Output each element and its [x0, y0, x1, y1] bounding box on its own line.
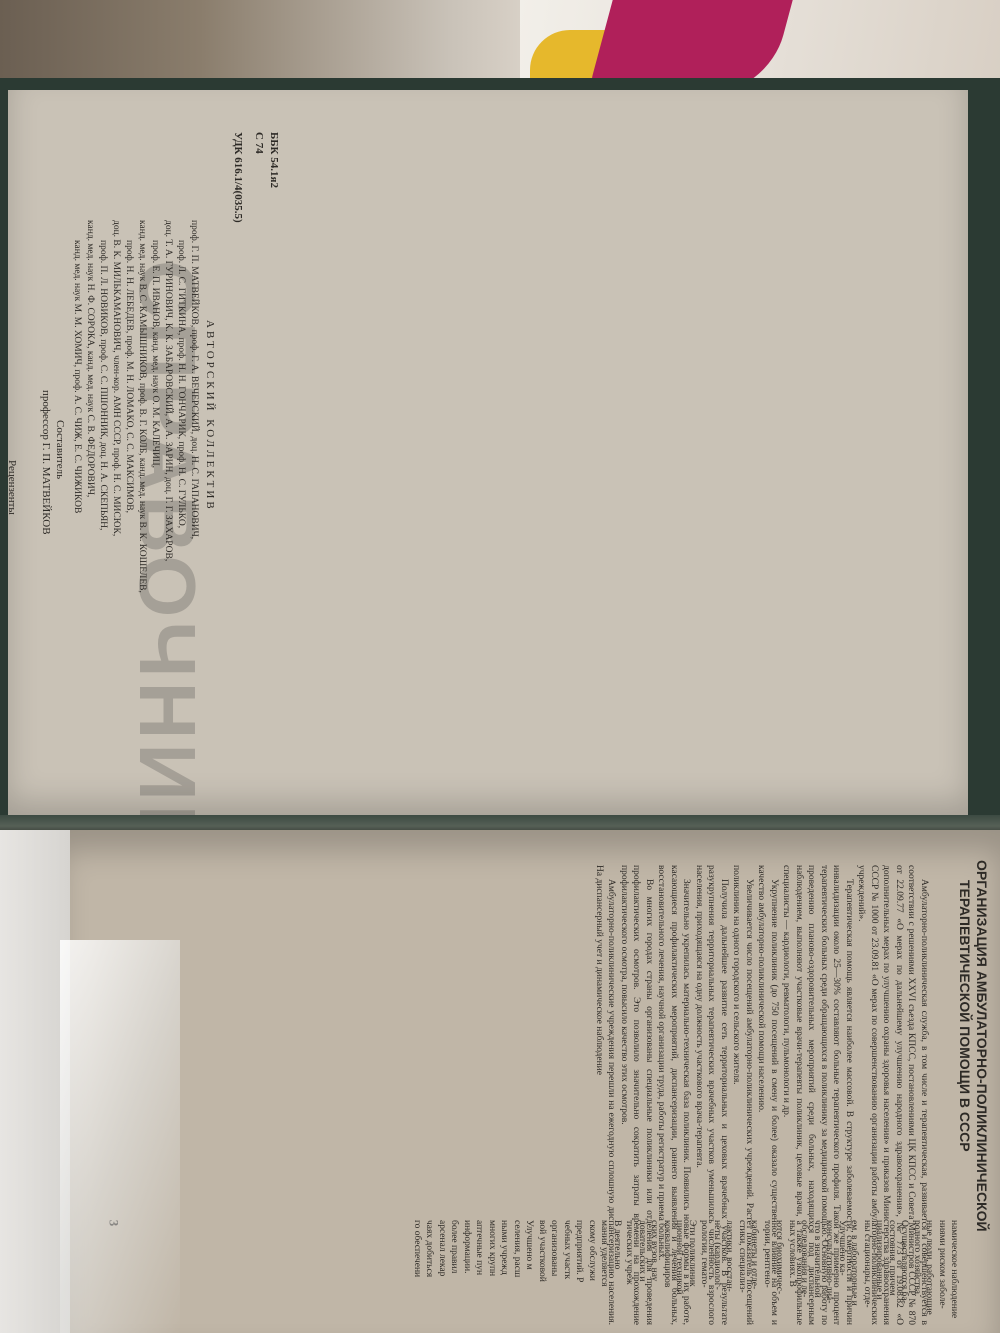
- body-line-fragment: стики, специализ-: [735, 1220, 748, 1293]
- body-line-fragment: Улучшено ка-: [835, 1220, 848, 1276]
- author-line: проф. Н. Н. ЛЕБЕДЕВ, проф. М. Н. ЛОМАКО,…: [123, 240, 136, 513]
- body-line-fragment: рологии, гемато-: [698, 1220, 711, 1288]
- cutter-code: С 74: [252, 132, 265, 154]
- body-line-fragment: Эти поликлиник: [685, 1220, 698, 1287]
- body-line-fragment: состояния, причем: [885, 1220, 898, 1296]
- bbk-code: ББК 54.1я2: [267, 132, 280, 188]
- body-line-fragment: родного хозяйства.: [910, 1220, 923, 1296]
- body-line-fragment: ными учрежд: [498, 1220, 511, 1275]
- body-line-fragment: мания уделяется: [598, 1220, 611, 1286]
- body-line-fragment: ных условиях. В: [785, 1220, 798, 1287]
- author-line: проф. Л. С. ГИТКИНА, проф. Н. Н. ГОНЧАРИ…: [175, 240, 188, 528]
- body-line-fragment: арсенал лекар: [435, 1220, 448, 1276]
- body-line-fragment: ционной техникой: [673, 1220, 686, 1294]
- body-line-fragment: скому обслужи: [585, 1220, 598, 1281]
- light-glare: [60, 940, 180, 1333]
- body-line-fragment: предприятий. Р: [573, 1220, 586, 1282]
- authors-heading: АВТОРСКИЙ КОЛЛЕКТИВ: [203, 320, 216, 512]
- body-line-fragment: чебных участк: [560, 1220, 573, 1279]
- author-line: канд. мед. наук М. М. ХОМИЧ, проф. А. С.…: [71, 240, 84, 513]
- body-line-fragment: селения, расш: [510, 1220, 523, 1277]
- body-line-fragment: ны стационары, отде-: [860, 1220, 873, 1308]
- body-line-fragment: аптечные пун: [473, 1220, 486, 1275]
- body-line-fragment: более правил: [448, 1220, 461, 1273]
- body-line-fragment: Осуществляются ба-: [898, 1220, 911, 1304]
- author-line: проф. Е. П. ИВАНОВ, канд. мед. наук О. М…: [149, 240, 162, 468]
- chapter-title-line1: ОРГАНИЗАЦИЯ АМБУЛАТОРНО-ПОЛИКЛИНИЧЕСКОЙ: [974, 860, 990, 1232]
- body-line-fragment: ем, в лабораторные и: [848, 1220, 861, 1306]
- body-line-fragment: вой участковой: [535, 1220, 548, 1282]
- body-line-fragment: ских вузов, нау: [648, 1220, 661, 1281]
- compiler-label: Составитель: [53, 420, 66, 479]
- body-line-fragment: Улучшено м: [523, 1220, 536, 1270]
- author-line: проф. П. Л. НОВИКОВ, проф. С. С. ПШОННИК…: [97, 240, 110, 530]
- reviewers-label: Рецензенты: [5, 460, 18, 515]
- body-line-fragment: ные люди, работающие: [923, 1220, 936, 1315]
- right-page: ОРГАНИЗАЦИЯ АМБУЛАТОРНО-ПОЛИКЛИНИЧЕСКОЙ …: [60, 830, 1000, 1333]
- author-line: доц. Т. А. ГУРИНОВИЧ, К. К. ЗАБАРОВСКИЙ,…: [162, 220, 175, 561]
- author-line: доц. В. К. МИЛЬКАМАНОВИЧ, член-кор. АМН …: [110, 220, 123, 536]
- body-line-fragment: циализированные и: [873, 1220, 886, 1299]
- body-line-fragment: коквалифициров: [660, 1220, 673, 1287]
- author-line: проф. Г. П. МАТВЕЙКОВ, проф. Г. А. ВЕЧЕР…: [188, 220, 201, 539]
- author-line: канд. мед. наук В. С. КАМЫШНИКОВ, проф. …: [136, 220, 149, 593]
- body-line-fragment: ются биохимичес-: [773, 1220, 786, 1294]
- body-line-fragment: консультативно-диа-: [823, 1220, 836, 1303]
- body-line-fragment: что в значительной: [810, 1220, 823, 1298]
- body-line-fragment: чаях добиться: [423, 1220, 436, 1277]
- body-line-fragment: тических учреж: [623, 1220, 636, 1285]
- body-line-fragment: намическое наблюдение: [948, 1220, 961, 1318]
- body-line-fragment: довательских и: [635, 1220, 648, 1281]
- body-line-fragment: обследования и ле-: [798, 1220, 811, 1297]
- compiler-name: профессор Г. П. МАТВЕЙКОВ: [39, 390, 52, 535]
- body-line-fragment: неты (кардиолог-: [710, 1220, 723, 1290]
- author-line: канд. мед. наук Н. Ф. СОРОКА, канд. мед.…: [84, 220, 97, 497]
- body-line-fragment: кабинеты и отде-: [748, 1220, 761, 1289]
- body-line-fragment: В деятельно: [610, 1220, 623, 1269]
- body-line-fragment: информации.: [460, 1220, 473, 1273]
- body-line-fragment: ниями риском заболе-: [935, 1220, 948, 1309]
- body-line-fragment: лактики, восстан-: [723, 1220, 736, 1292]
- chapter-title-line2: ТЕРАПЕВТИЧЕСКОЙ ПОМОЩИ В СССР: [957, 880, 973, 1152]
- body-line-fragment: многих крупн: [485, 1220, 498, 1276]
- udk-code: УДК 616.1/4(035.5): [231, 132, 244, 223]
- body-line-fragment: тории, рентгено-: [760, 1220, 773, 1288]
- body-line-fragment: организованы: [548, 1220, 561, 1276]
- left-page: ББК 54.1я2 С 74 УДК 616.1/4(035.5) СПРАВ…: [8, 90, 968, 820]
- body-line-fragment: го обеспечени: [410, 1220, 423, 1277]
